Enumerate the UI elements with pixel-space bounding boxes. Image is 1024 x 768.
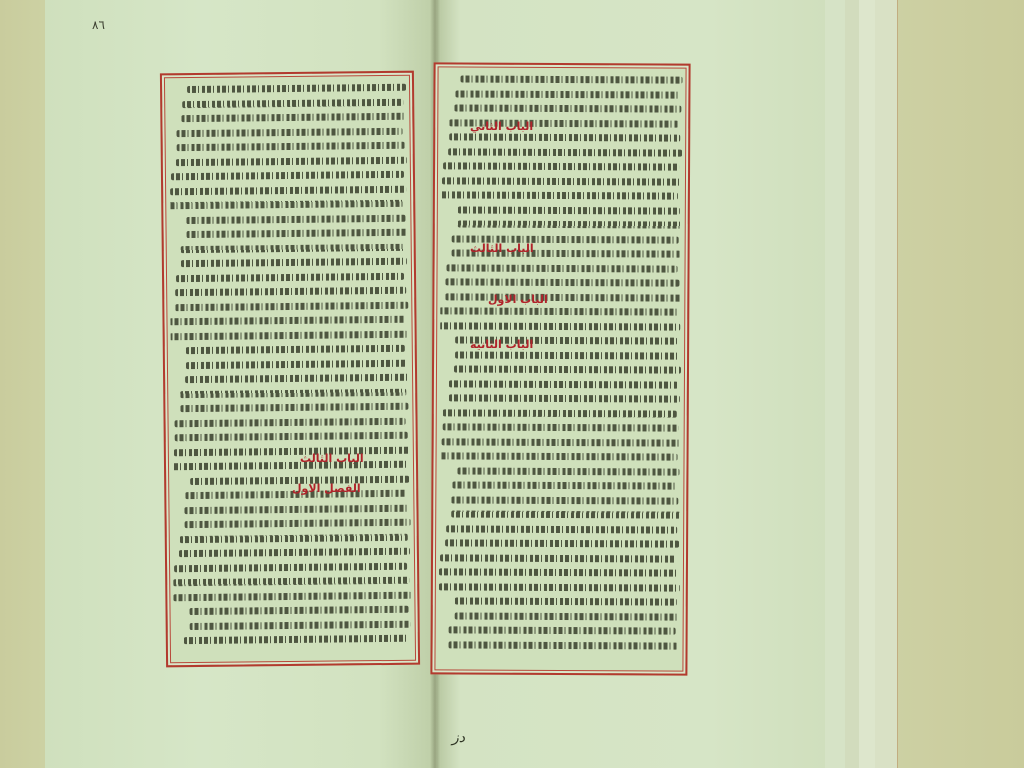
script-line: [441, 217, 682, 231]
script-line: [440, 406, 681, 420]
script-line: [169, 211, 407, 226]
script-line: [170, 313, 408, 328]
script-line: [441, 159, 682, 173]
script-line: [172, 501, 410, 516]
script-line: [440, 377, 681, 391]
script-line: [439, 522, 680, 536]
script-line: [441, 145, 682, 159]
script-line: [171, 414, 409, 429]
script-line: [171, 356, 409, 371]
script-line: [439, 623, 680, 637]
script-line: [170, 226, 408, 241]
script-line: [170, 269, 408, 284]
script-line: [439, 580, 680, 594]
script-line: [441, 87, 682, 101]
script-line: [168, 81, 406, 96]
script-line: [439, 565, 680, 579]
script-line: [440, 290, 681, 304]
rubric-heading: الفصل الاول: [292, 482, 361, 495]
catchword: دز: [452, 730, 465, 746]
script-line: [439, 464, 680, 478]
script-line: [171, 400, 409, 415]
script-line: [169, 168, 407, 183]
script-line: [170, 240, 408, 255]
rubric-heading: الباب الثالث: [300, 452, 364, 465]
script-line: [169, 182, 407, 197]
script-line: [170, 284, 408, 299]
rubric-heading: الباب الثاني: [470, 120, 533, 133]
script-line: [173, 588, 411, 603]
script-line: [441, 72, 682, 86]
script-line: [439, 507, 680, 521]
script-line: [169, 197, 407, 212]
script-line: [174, 617, 412, 632]
script-line: [172, 443, 410, 458]
script-line: [168, 124, 406, 139]
script-line: [441, 203, 682, 217]
script-line: [440, 435, 681, 449]
script-line: [173, 545, 411, 560]
page-edge: [845, 0, 860, 768]
script-line: [173, 603, 411, 618]
script-line: [171, 371, 409, 386]
rubric-heading: الباب الاول: [488, 293, 548, 306]
page-edge: [859, 0, 876, 768]
script-line: [174, 632, 412, 647]
script-line: [173, 516, 411, 531]
script-line: [168, 95, 406, 110]
script-line: [170, 298, 408, 313]
script-line: [439, 551, 680, 565]
script-line: [439, 478, 680, 492]
script-line: [439, 493, 680, 507]
script-line: [439, 609, 680, 623]
script-line: [173, 559, 411, 574]
script-line: [441, 174, 682, 188]
script-line: [172, 458, 410, 473]
script-line: [168, 110, 406, 125]
script-line: [440, 420, 681, 434]
script-line: [440, 449, 681, 463]
script-line: [440, 275, 681, 289]
script-line: [439, 536, 680, 550]
script-line: [171, 327, 409, 342]
script-line: [169, 153, 407, 168]
script-line: [441, 101, 682, 115]
rubric-heading: الباب الثانية: [470, 338, 533, 351]
page-edge: [825, 0, 846, 768]
script-line: [441, 188, 682, 202]
folio-number: ٨٦: [92, 18, 105, 32]
script-line: [440, 319, 681, 333]
script-line: [439, 594, 680, 608]
script-line: [440, 304, 681, 318]
script-line: [171, 385, 409, 400]
right-text-frame: [430, 62, 690, 675]
script-line: [173, 530, 411, 545]
script-line: [440, 261, 681, 275]
script-line: [440, 362, 681, 376]
script-line: [173, 574, 411, 589]
script-line: [440, 391, 681, 405]
script-line: [439, 638, 680, 652]
page-edge: [875, 0, 898, 768]
script-line: [169, 139, 407, 154]
left-text-frame: [160, 71, 420, 668]
script-line: [172, 429, 410, 444]
rubric-heading: الباب الثالث: [470, 242, 534, 255]
script-line: [171, 342, 409, 357]
script-line: [170, 255, 408, 270]
